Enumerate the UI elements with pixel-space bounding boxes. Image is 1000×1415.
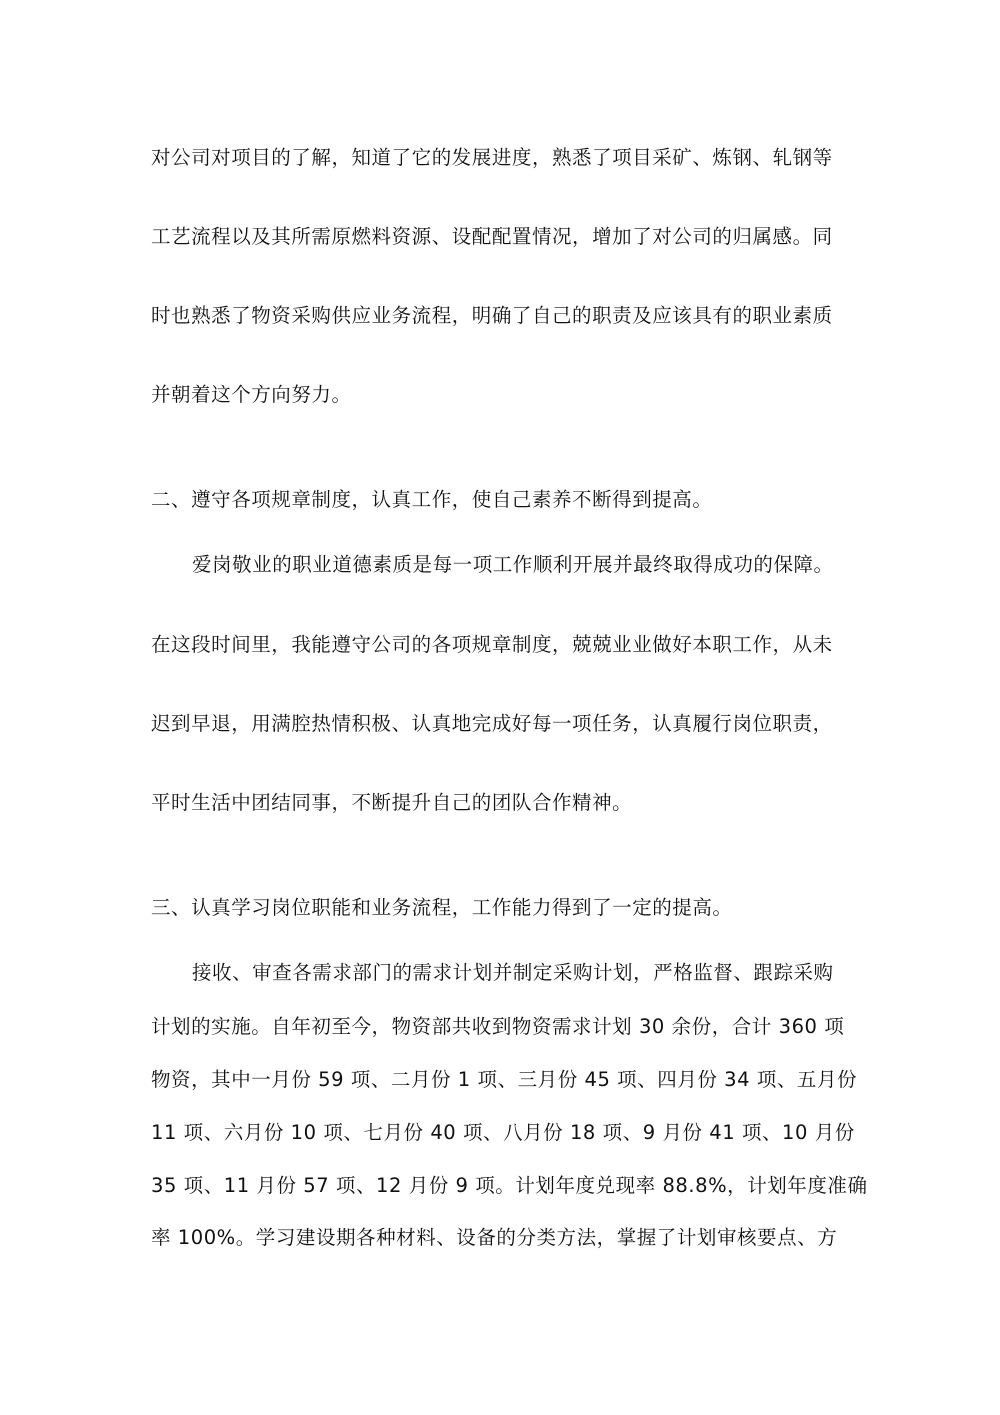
paragraph-line-indented: 爱岗敬业的职业道德素质是每一项工作顺利开展并最终取得成功的保障。 [192, 552, 834, 578]
paragraph-line: 11 项、六月份 10 项、七月份 40 项、八月份 18 项、9 月份 41 … [151, 1120, 855, 1146]
paragraph-line-indented: 接收、审查各需求部门的需求计划并制定采购计划，严格监督、跟踪采购 [192, 960, 834, 986]
paragraph-line: 计划的实施。自年初至今，物资部共收到物资需求计划 30 余份，合计 360 项 [151, 1014, 844, 1040]
paragraph-line: 并朝着这个方向努力。 [151, 382, 352, 408]
paragraph-line: 率 100%。学习建设期各种材料、设备的分类方法，掌握了计划审核要点、方 [151, 1225, 837, 1251]
paragraph-line: 迟到早退，用满腔热情积极、认真地完成好每一项任务，认真履行岗位职责， [151, 711, 833, 737]
paragraph-line: 工艺流程以及其所需原燃料资源、设配配置情况，增加了对公司的归属感。同 [151, 224, 833, 250]
section-heading-2: 二、遵守各项规章制度，认真工作，使自己素养不断得到提高。 [151, 487, 712, 513]
paragraph-line: 物资，其中一月份 59 项、二月份 1 项、三月份 45 项、四月份 34 项、… [151, 1067, 857, 1093]
document-page: 对公司对项目的了解，知道了它的发展进度，熟悉了项目采矿、炼钢、轧钢等 工艺流程以… [0, 0, 1000, 1415]
paragraph-line: 对公司对项目的了解，知道了它的发展进度，熟悉了项目采矿、炼钢、轧钢等 [151, 145, 833, 171]
paragraph-line: 平时生活中团结同事，不断提升自己的团队合作精神。 [151, 790, 632, 816]
paragraph-line: 时也熟悉了物资采购供应业务流程，明确了自己的职责及应该具有的职业素质 [151, 303, 833, 329]
paragraph-line: 在这段时间里，我能遵守公司的各项规章制度，兢兢业业做好本职工作，从未 [151, 632, 833, 658]
paragraph-line: 35 项、11 月份 57 项、12 月份 9 项。计划年度兑现率 88.8%，… [151, 1173, 868, 1199]
section-heading-3: 三、认真学习岗位职能和业务流程，工作能力得到了一定的提高。 [151, 895, 732, 921]
